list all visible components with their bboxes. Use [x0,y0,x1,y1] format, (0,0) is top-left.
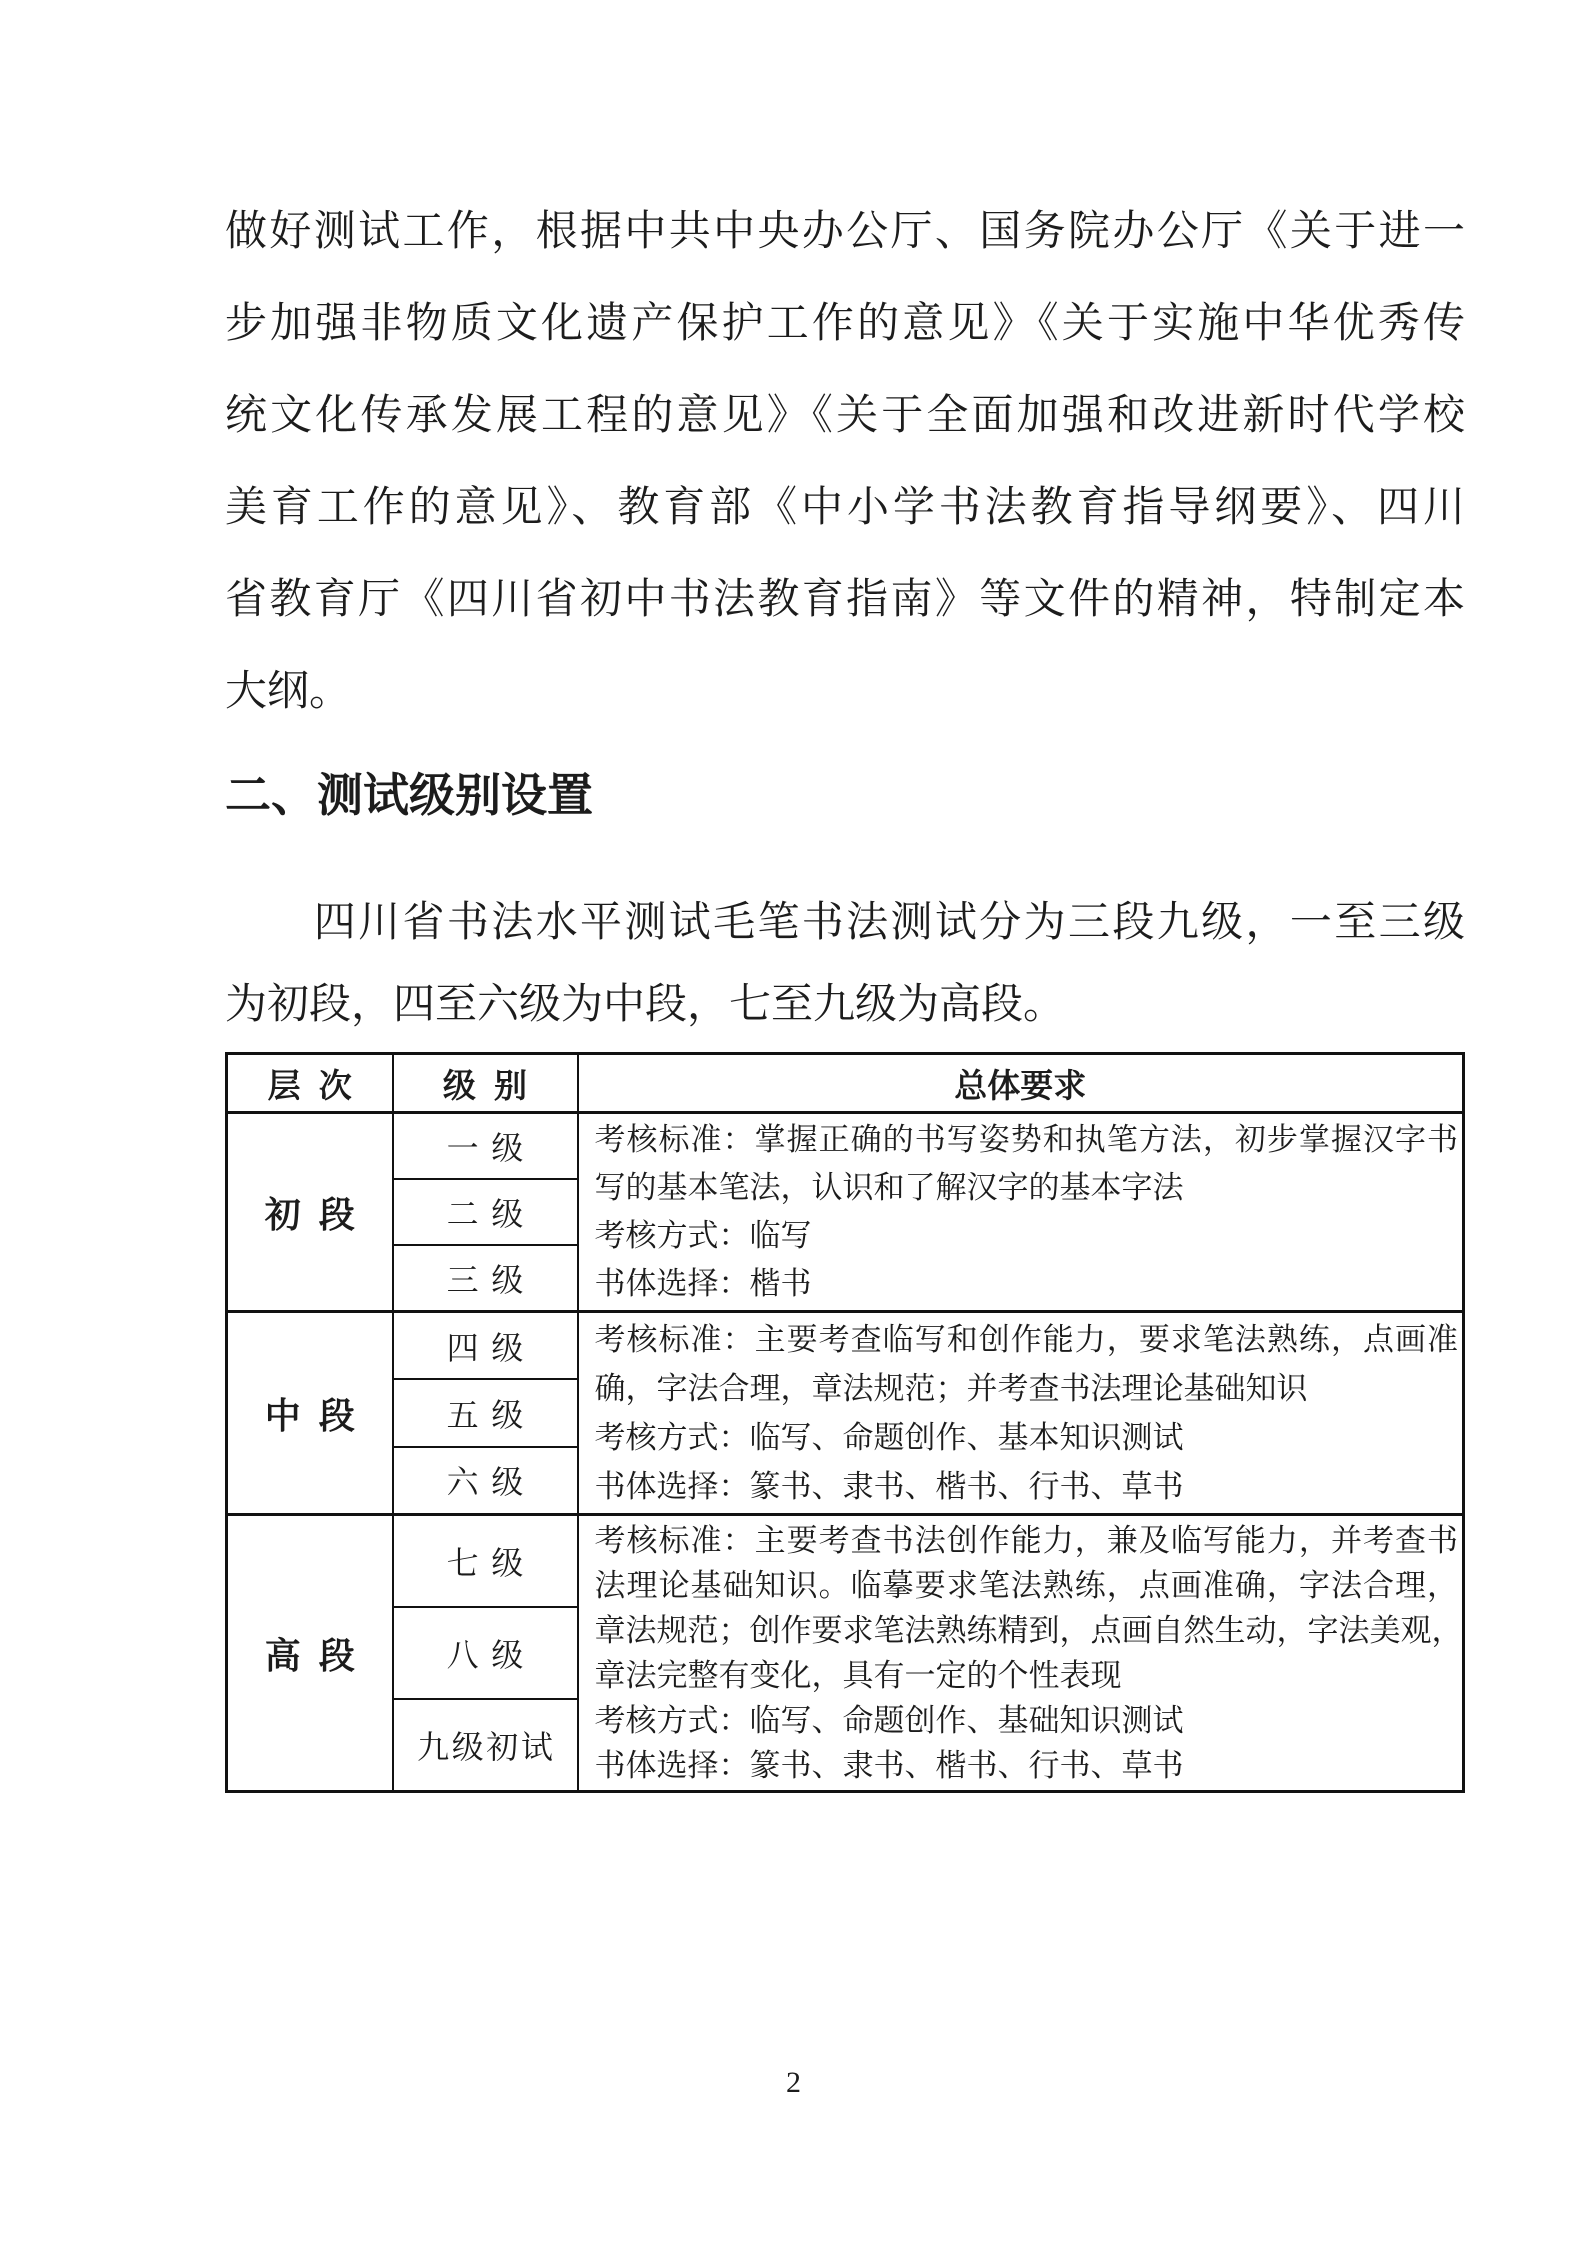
table-header-row: 层次 级别 总体要求 [227,1054,1464,1113]
level-cell-8: 八级 [393,1607,578,1699]
requirement-line: 法理论基础知识。临摹要求笔法熟练，点画准确，字法合理， [595,1563,1459,1608]
level-cell-1: 一级 [393,1113,578,1179]
paragraph-line: 统文化传承发展工程的意见》《关于全面加强和改进新时代学校 [225,370,1465,462]
table-row: 初段 一级 考核标准：掌握正确的书写姿势和执笔方法，初步掌握汉字书 写的基本笔法… [227,1113,1464,1179]
requirement-line: 书体选择：篆书、隶书、楷书、行书、草书 [595,1743,1459,1788]
header-requirements: 总体要求 [578,1054,1464,1113]
requirement-line: 写的基本笔法，认识和了解汉字的基本字法 [595,1164,1459,1212]
paragraph-line: 美育工作的意见》、教育部《中小学书法教育指导纲要》、四川 [225,462,1465,554]
paragraph-line: 大纲。 [225,646,1465,738]
levels-table-wrap: 层次 级别 总体要求 初段 一级 考核标准：掌握正确的书写姿势和执笔方法，初步掌… [225,1052,1465,1793]
requirement-line: 确，字法合理，章法规范；并考查书法理论基础知识 [595,1364,1459,1413]
paragraph-line: 做好测试工作，根据中共中央办公厅、国务院办公厅《关于进一 [225,186,1465,278]
paragraph-line: 为初段，四至六级为中段，七至九级为高段。 [225,964,1465,1046]
requirement-line: 考核方式：临写 [595,1212,1459,1260]
tier-cell-high: 高段 [227,1515,393,1792]
tier-cell-middle: 中段 [227,1312,393,1515]
levels-table: 层次 级别 总体要求 初段 一级 考核标准：掌握正确的书写姿势和执笔方法，初步掌… [225,1052,1465,1793]
paragraph-line: 省教育厅《四川省初中书法教育指南》等文件的精神，特制定本 [225,554,1465,646]
table-row: 高段 七级 考核标准：主要考查书法创作能力，兼及临写能力，并考查书 法理论基础知… [227,1515,1464,1607]
header-tier: 层次 [227,1054,393,1113]
requirement-line: 书体选择：楷书 [595,1260,1459,1308]
document-page: 做好测试工作，根据中共中央办公厅、国务院办公厅《关于进一 步加强非物质文化遗产保… [0,0,1587,2245]
section-heading: 二、测试级别设置 [225,760,1465,832]
requirement-line: 章法规范；创作要求笔法熟练精到，点画自然生动，字法美观， [595,1608,1459,1653]
requirement-line: 考核标准：主要考查临写和创作能力，要求笔法熟练，点画准 [595,1315,1459,1364]
requirement-line: 考核标准：主要考查书法创作能力，兼及临写能力，并考查书 [595,1518,1459,1563]
paragraph-line: 步加强非物质文化遗产保护工作的意见》《关于实施中华优秀传 [225,278,1465,370]
requirement-line: 书体选择：篆书、隶书、楷书、行书、草书 [595,1462,1459,1511]
paragraph-line: 四川省书法水平测试毛笔书法测试分为三段九级，一至三级 [225,882,1465,964]
level-cell-6: 六级 [393,1447,578,1515]
page-number: 2 [0,2058,1587,2108]
requirement-line: 章法完整有变化，具有一定的个性表现 [595,1653,1459,1698]
body-paragraph-1: 做好测试工作，根据中共中央办公厅、国务院办公厅《关于进一 步加强非物质文化遗产保… [225,186,1465,738]
level-cell-3: 三级 [393,1245,578,1311]
requirement-line: 考核方式：临写、命题创作、基础知识测试 [595,1698,1459,1743]
level-cell-2: 二级 [393,1179,578,1245]
body-paragraph-2: 四川省书法水平测试毛笔书法测试分为三段九级，一至三级 为初段，四至六级为中段，七… [225,882,1465,1046]
header-level: 级别 [393,1054,578,1113]
requirements-cell-middle: 考核标准：主要考查临写和创作能力，要求笔法熟练，点画准 确，字法合理，章法规范；… [578,1312,1464,1515]
requirement-line: 考核标准：掌握正确的书写姿势和执笔方法，初步掌握汉字书 [595,1116,1459,1164]
level-cell-9: 九级初试 [393,1699,578,1791]
requirements-cell-high: 考核标准：主要考查书法创作能力，兼及临写能力，并考查书 法理论基础知识。临摹要求… [578,1515,1464,1792]
tier-cell-primary: 初段 [227,1113,393,1312]
requirements-cell-primary: 考核标准：掌握正确的书写姿势和执笔方法，初步掌握汉字书 写的基本笔法，认识和了解… [578,1113,1464,1312]
level-cell-4: 四级 [393,1312,578,1380]
level-cell-7: 七级 [393,1515,578,1607]
requirement-line: 考核方式：临写、命题创作、基本知识测试 [595,1413,1459,1462]
table-row: 中段 四级 考核标准：主要考查临写和创作能力，要求笔法熟练，点画准 确，字法合理… [227,1312,1464,1380]
level-cell-5: 五级 [393,1379,578,1447]
